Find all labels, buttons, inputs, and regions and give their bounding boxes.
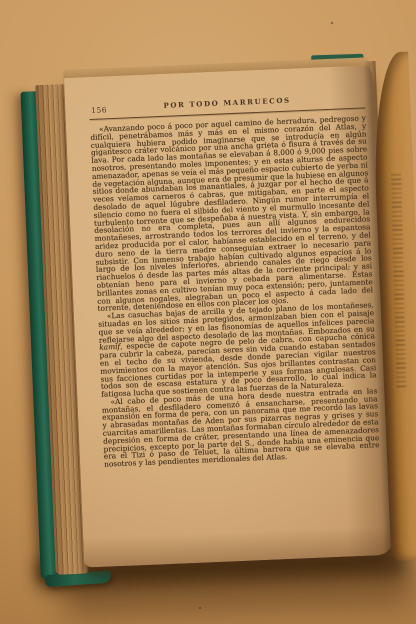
page-header: 156 POR TODO MARRUECOS [91, 93, 363, 115]
facing-page-blurred-text [391, 174, 406, 389]
paragraph-1: «Avanzando poco á poco por aquel camino … [90, 114, 374, 313]
photo-of-open-book: 156 POR TODO MARRUECOS «Avanzando poco á… [0, 0, 416, 624]
book-page-left: 156 POR TODO MARRUECOS «Avanzando poco á… [64, 65, 392, 567]
open-book: 156 POR TODO MARRUECOS «Avanzando poco á… [1, 48, 416, 584]
paragraph-3: «Al cabo de poco más de una hora desde n… [101, 387, 380, 469]
page-text: «Avanzando poco á poco por aquel camino … [90, 114, 380, 468]
paragraph-text: «Al cabo de poco más de una hora desde n… [102, 386, 380, 469]
paragraph-text: «Avanzando poco á poco por aquel camino … [90, 113, 373, 313]
paragraph-2: «Las casuchas bajas de arcilla y de teja… [98, 301, 377, 398]
